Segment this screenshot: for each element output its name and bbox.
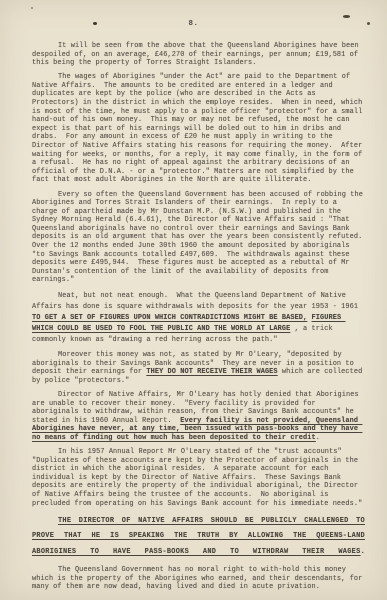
paragraph: The wages of Aborigines "under the Act" … [32, 73, 365, 185]
text-segment: It will be seen from the above that the … [32, 42, 363, 67]
page-number: 8. [0, 20, 387, 28]
ink-speck [31, 7, 33, 9]
paragraph: Neat, but not neat enough. What the Quee… [32, 291, 365, 346]
text-segment: . [316, 434, 320, 442]
paragraph: It will be seen from the above that the … [32, 42, 365, 68]
text-segment: The Queensland Government has no moral r… [32, 566, 367, 591]
ink-speck [93, 22, 97, 25]
paragraph: Every so often the Queensland Government… [32, 191, 365, 286]
document-page: 8. It will be seen from the above that t… [0, 0, 387, 600]
text-segment: Every so often the Queensland Government… [32, 191, 367, 285]
text-segment: In his 1957 Annual Report Mr O'Leary sta… [32, 448, 362, 508]
underlined-text: THEY DO NOT RECEIVE THEIR WAGES [146, 368, 277, 376]
text-segment: . [361, 548, 365, 556]
paragraph: Director of Native Affairs, Mr O'Leary h… [32, 391, 365, 443]
ink-speck [343, 15, 350, 18]
document-body: It will be seen from the above that the … [32, 42, 365, 598]
paragraph: The Queensland Government has no moral r… [32, 566, 365, 592]
ink-speck [367, 22, 370, 25]
paragraph: In his 1957 Annual Report Mr O'Leary sta… [32, 448, 365, 508]
paragraph: Moreover this money was not, as stated b… [32, 351, 365, 385]
text-segment: Neat, but not neat enough. What the Quee… [32, 292, 362, 311]
text-segment: The wages of Aborigines "under the Act" … [32, 73, 367, 184]
paragraph: THE DIRECTOR OF NATIVE AFFAIRS SHOULD BE… [32, 514, 365, 561]
underlined-text: TO GET A SET OF FIGURES UPON WHICH CONTR… [32, 314, 307, 322]
underlined-text: THE DIRECTOR OF NATIVE AFFAIRS SHOULD BE… [32, 517, 365, 556]
